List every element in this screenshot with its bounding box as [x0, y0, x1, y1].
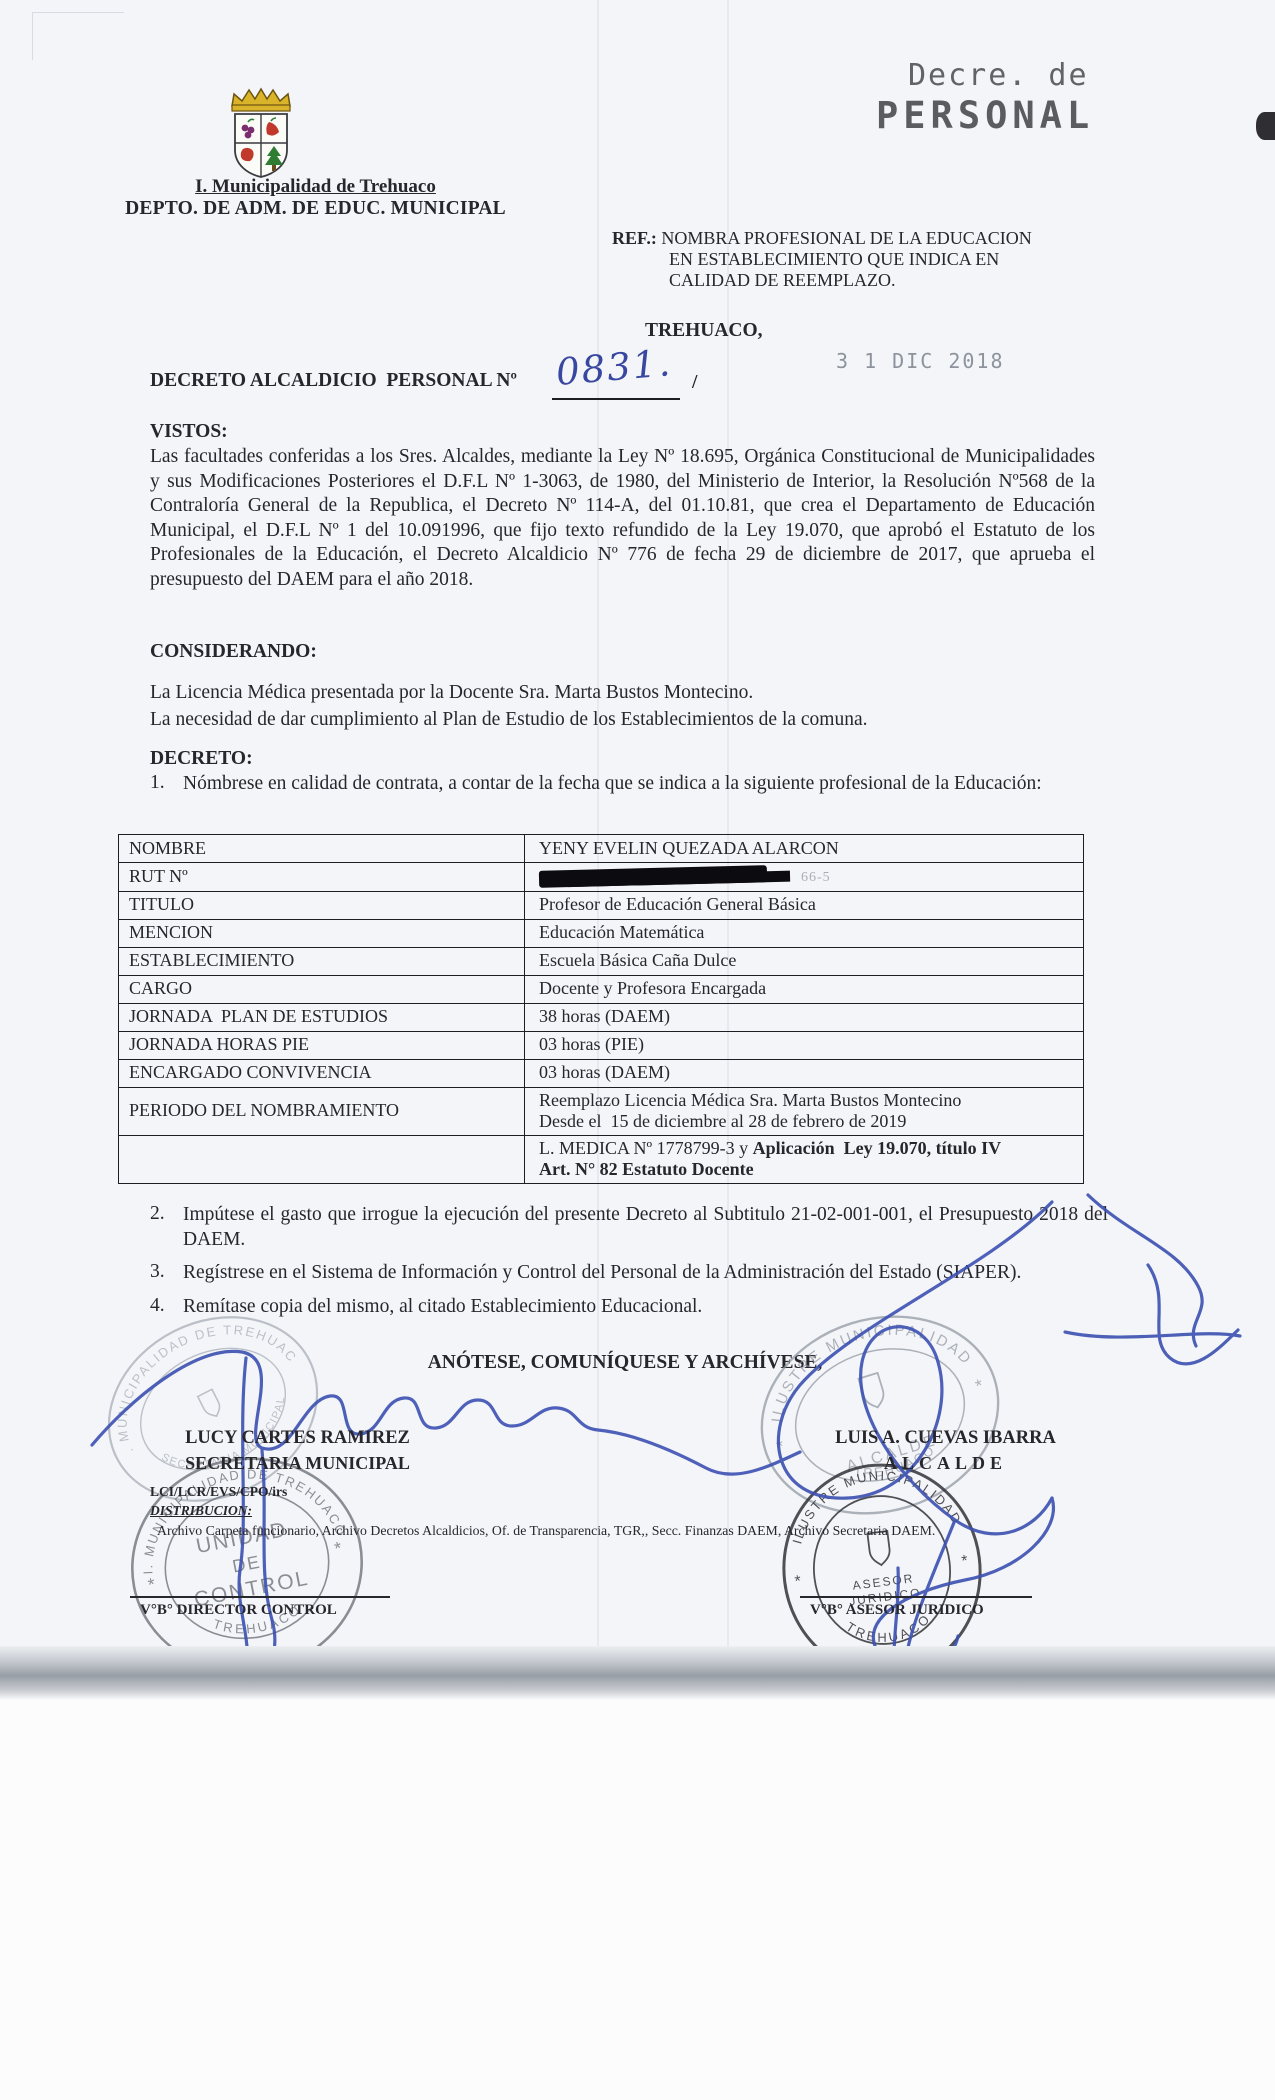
table-value-line: 38 horas (DAEM): [539, 1006, 1073, 1028]
table-value-line: 03 horas (DAEM): [539, 1062, 1073, 1084]
considerando-line-2: La necesidad de dar cumplimiento al Plan…: [150, 708, 1110, 733]
distribution-label: DISTRIBUCION:: [150, 1503, 252, 1519]
decree-item: 3.Regístrese en el Sistema de Informació…: [150, 1261, 1108, 1286]
table-row-value: Docente y Profesora Encargada: [525, 975, 1084, 1003]
municipal-coat-of-arms: [222, 86, 300, 180]
scan-bottom-shadow: [0, 1646, 1275, 1700]
table-row-value: L. MEDICA Nº 1778799-3 y Aplicación Ley …: [525, 1135, 1084, 1183]
table-value-line: L. MEDICA Nº 1778799-3 y Aplicación Ley …: [539, 1138, 1073, 1160]
secretaria-name: LUCY CARTES RAMIREZ: [180, 1428, 415, 1449]
decree-number-label: DECRETO ALCALDICIO PERSONAL Nº: [150, 370, 517, 392]
table-row-label: RUT Nº: [119, 863, 525, 892]
considerando-title: CONSIDERANDO:: [150, 641, 317, 663]
table-row-label: ESTABLECIMIENTO: [119, 947, 525, 975]
ref-line-1: REF.: NOMBRA PROFESIONAL DE LA EDUCACION: [612, 228, 1032, 249]
table-row: JORNADA HORAS PIE03 horas (PIE): [119, 1031, 1084, 1059]
table-value-line: 03 horas (PIE): [539, 1034, 1073, 1056]
vistos-paragraph: Las facultades conferidas a los Sres. Al…: [150, 445, 1095, 593]
quarter-figure: [241, 148, 254, 161]
table-row-label: JORNADA PLAN DE ESTUDIOS: [119, 1003, 525, 1031]
table-row: CARGODocente y Profesora Encargada: [119, 975, 1084, 1003]
ref-label: REF.:: [612, 228, 657, 248]
table-row: MENCIONEducación Matemática: [119, 919, 1084, 947]
decree-item: 4.Remítase copia del mismo, al citado Es…: [150, 1295, 1108, 1320]
scan-streak: [597, 0, 599, 1646]
decree-number-underline: [552, 398, 680, 400]
personnel-decree-stamp-line2: PERSONAL: [876, 94, 1236, 137]
table-value-line: Reemplazo Licencia Médica Sra. Marta Bus…: [539, 1090, 1073, 1112]
table-row: NOMBREYENY EVELIN QUEZADA ALARCON: [119, 835, 1084, 863]
table-value-line: Desde el 15 de diciembre al 28 de febrer…: [539, 1111, 1073, 1133]
table-row: JORNADA PLAN DE ESTUDIOS38 horas (DAEM): [119, 1003, 1084, 1031]
table-row-label: NOMBRE: [119, 835, 525, 863]
table-row-label: JORNADA HORAS PIE: [119, 1031, 525, 1059]
table-row-label: ENCARGADO CONVIVENCIA: [119, 1059, 525, 1087]
item-text: Remítase copia del mismo, al citado Esta…: [183, 1295, 702, 1320]
table-row-value: 03 horas (DAEM): [525, 1059, 1084, 1087]
table-row: PERIODO DEL NOMBRAMIENTOReemplazo Licenc…: [119, 1087, 1084, 1135]
table-value-line: YENY EVELIN QUEZADA ALARCON: [539, 838, 1073, 860]
item-text: Nómbrese en calidad de contrata, a conta…: [183, 772, 1042, 797]
scan-edge-artifact: [32, 12, 124, 13]
decree-item-1: 1. Nómbrese en calidad de contrata, a co…: [150, 772, 1108, 806]
table-row-value: 03 horas (PIE): [525, 1031, 1084, 1059]
table-row-label: [119, 1135, 525, 1183]
item-number: 3.: [150, 1261, 183, 1286]
table-row-value: Profesor de Educación General Básica: [525, 891, 1084, 919]
decree-item: 2.Impútese el gasto que irrogue la ejecu…: [150, 1203, 1108, 1252]
decree-number-slash: /: [692, 372, 697, 394]
date-received-stamp: 3 1 DIC 2018: [836, 349, 1005, 373]
table-row-label: CARGO: [119, 975, 525, 1003]
table-value-line: Profesor de Educación General Básica: [539, 894, 1073, 916]
distribution-list: Archivo Carpeta funcionario, Archivo Dec…: [157, 1523, 935, 1539]
table-value-line: Escuela Básica Caña Dulce: [539, 950, 1073, 972]
scan-ink-speck: [1256, 112, 1275, 140]
table-row-value: Reemplazo Licencia Médica Sra. Marta Bus…: [525, 1087, 1084, 1135]
table-row: L. MEDICA Nº 1778799-3 y Aplicación Ley …: [119, 1135, 1084, 1183]
item-number: 2.: [150, 1203, 183, 1252]
table-row: ENCARGADO CONVIVENCIA03 horas (DAEM): [119, 1059, 1084, 1087]
table-row-value: 66-5: [525, 863, 1084, 892]
vb-director-control: V°B° DIRECTOR CONTROL: [140, 1602, 337, 1619]
item-text: Impútese el gasto que irrogue la ejecuci…: [183, 1203, 1108, 1252]
table-row-value: YENY EVELIN QUEZADA ALARCON: [525, 835, 1084, 863]
place-dateline: TREHUACO,: [645, 320, 763, 342]
table-row: RUT Nº66-5: [119, 863, 1084, 892]
rut-visible-remnant: 66-5: [801, 870, 831, 885]
table-row-value: Escuela Básica Caña Dulce: [525, 947, 1084, 975]
table-value-line: Docente y Profesora Encargada: [539, 978, 1073, 1000]
municipality-name: I. Municipalidad de Trehuaco: [118, 176, 513, 198]
vb-asesor-juridico: V°B° ASESOR JURIDICO: [810, 1602, 984, 1619]
table-row: TITULOProfesor de Educación General Bási…: [119, 891, 1084, 919]
item-number: 1.: [150, 772, 183, 797]
closing-formula: ANÓTESE, COMUNÍQUESE Y ARCHÍVESE,: [280, 1352, 970, 1374]
appointment-details-table: NOMBREYENY EVELIN QUEZADA ALARCONRUT Nº6…: [118, 834, 1084, 1184]
decreto-title: DECRETO:: [150, 748, 253, 770]
table-row-label: PERIODO DEL NOMBRAMIENTO: [119, 1087, 525, 1135]
vb-left-signature-line: [130, 1596, 390, 1598]
secretaria-title: SECRETARIA MUNICIPAL: [180, 1453, 415, 1474]
rut-redaction-bar: [539, 866, 767, 889]
scanned-decree-document: I. Municipalidad de Trehuaco DEPTO. DE A…: [0, 0, 1275, 2100]
vistos-title: VISTOS:: [150, 421, 228, 443]
table-row-value: 38 horas (DAEM): [525, 1003, 1084, 1031]
table-value-line: Art. N° 82 Estatuto Docente: [539, 1159, 1073, 1181]
ref-line-3: CALIDAD DE REEMPLAZO.: [669, 270, 896, 291]
alcalde-title: ALCALDE: [828, 1453, 1063, 1474]
decree-items-2-4: 2.Impútese el gasto que irrogue la ejecu…: [150, 1203, 1108, 1328]
table-row-value: Educación Matemática: [525, 919, 1084, 947]
item-text: Regístrese en el Sistema de Información …: [183, 1261, 1021, 1286]
table-row: ESTABLECIMIENTOEscuela Básica Caña Dulce: [119, 947, 1084, 975]
vb-right-signature-line: [800, 1596, 1032, 1598]
table-row-label: TITULO: [119, 891, 525, 919]
alcalde-name: LUIS A. CUEVAS IBARRA: [828, 1428, 1063, 1449]
department-name: DEPTO. DE ADM. DE EDUC. MUNICIPAL: [98, 198, 533, 220]
scan-edge-artifact: [32, 12, 33, 60]
item-number: 4.: [150, 1295, 183, 1320]
table-row-label: MENCION: [119, 919, 525, 947]
considerando-line-1: La Licencia Médica presentada por la Doc…: [150, 681, 1110, 706]
drafting-initials: LCI/LCR/EVS/CPO/irs: [150, 1484, 287, 1500]
table-value-line: Educación Matemática: [539, 922, 1073, 944]
personnel-decree-stamp-line1: Decre. de: [908, 58, 1228, 93]
ref-line-2: EN ESTABLECIMIENTO QUE INDICA EN: [669, 249, 999, 270]
